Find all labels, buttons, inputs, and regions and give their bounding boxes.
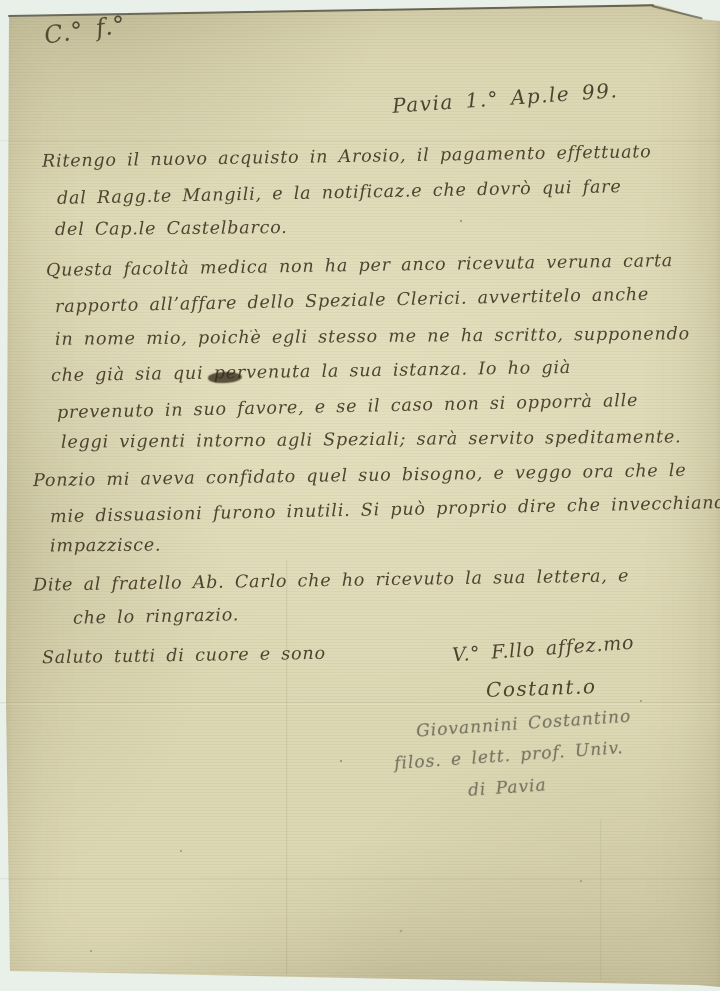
signature: Costant.o [486,674,597,702]
body-line: del Cap.le Castelbarco. [55,218,288,240]
body-line: impazzisce. [50,536,162,557]
body-line: che lo ringrazio. [73,605,240,628]
foxing-specks [340,760,342,762]
letter-scan: C.° f.° Pavia 1.° Ap.le 99. Ritengo il n… [0,0,720,991]
